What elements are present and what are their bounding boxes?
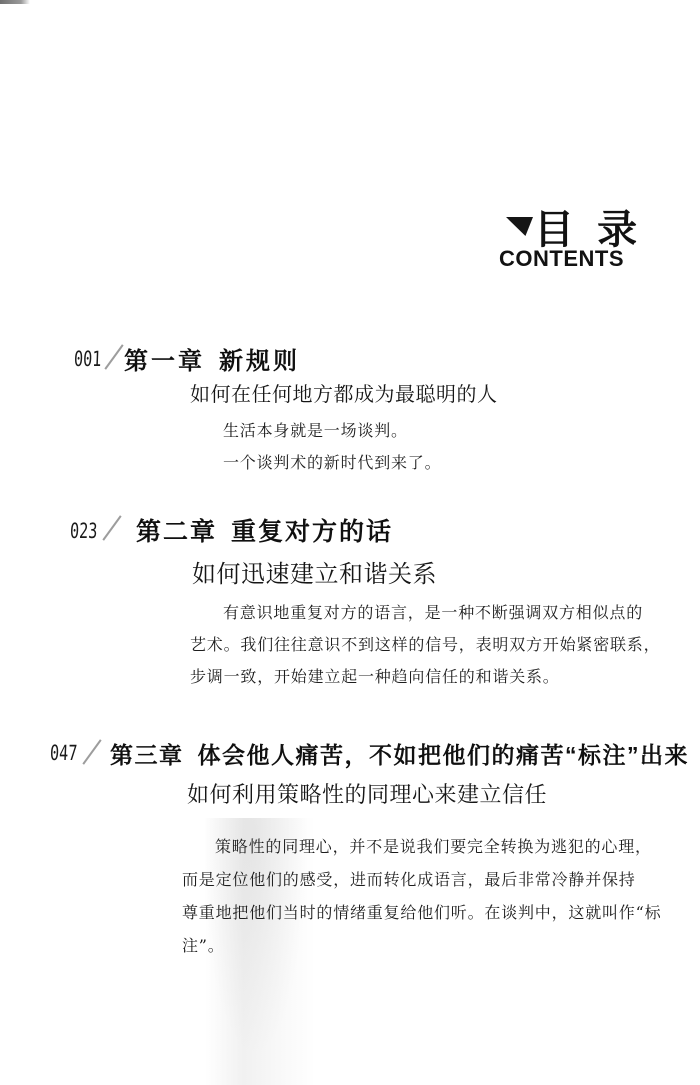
quote-line: 策略性的同理心，并不是说我们要完全转换为逃犯的心理， — [182, 830, 661, 863]
chapter-subtitle: 如何迅速建立和谐关系 — [192, 554, 437, 589]
chapter-title: 第三章体会他人痛苦，不如把他们的痛苦“标注”出来 — [110, 737, 689, 770]
quote-line: 步调一致，开始建立起一种趋向信任的和谐关系。 — [190, 661, 660, 693]
chapter-subtitle: 如何在任何地方都成为最聪明的人 — [190, 378, 498, 407]
chapter-subtitle: 如何利用策略性的同理心来建立信任 — [187, 778, 547, 809]
chapter-title-text: 新规则 — [219, 348, 300, 375]
quote-line: 一个谈判术的新时代到来了。 — [190, 447, 441, 479]
chapter-quote: 生活本身就是一场谈判。 一个谈判术的新时代到来了。 — [190, 415, 441, 479]
chapter-page-number: 047 — [50, 741, 78, 765]
separator-slash — [102, 515, 121, 540]
scan-artifact-top — [0, 0, 30, 4]
chapter-page-number: 023 — [70, 519, 98, 543]
chapter-title: 第二章重复对方的话 — [136, 512, 393, 548]
page-subtitle: CONTENTS — [499, 246, 624, 272]
quote-flag-icon — [506, 217, 533, 236]
toc-page: 目 录 CONTENTS 001 第一章新规则 如何在任何地方都成为最聪明的人 … — [0, 0, 700, 1085]
quote-line: 艺术。我们往往意识不到这样的信号，表明双方开始紧密联系， — [190, 629, 660, 661]
quote-line: 注”。 — [182, 929, 661, 962]
chapter-title-text: 体会他人痛苦，不如把他们的痛苦“标注”出来 — [198, 742, 690, 768]
chapter-title-text: 重复对方的话 — [231, 518, 393, 546]
chapter-label: 第三章 — [110, 742, 184, 768]
chapter-quote: 有意识地重复对方的语言，是一种不断强调双方相似点的 艺术。我们往往意识不到这样的… — [190, 597, 660, 693]
separator-slash — [82, 739, 101, 764]
quote-line: 有意识地重复对方的语言，是一种不断强调双方相似点的 — [190, 597, 660, 629]
quote-line: 尊重地把他们当时的情绪重复给他们听。在谈判中，这就叫作“标 — [182, 896, 661, 929]
separator-slash — [104, 344, 123, 369]
chapter-label: 第一章 — [124, 348, 205, 375]
chapter-page-number: 001 — [74, 347, 102, 371]
quote-line: 而是定位他们的感受，进而转化成语言，最后非常冷静并保持 — [182, 863, 661, 896]
quote-line: 生活本身就是一场谈判。 — [190, 415, 441, 447]
chapter-label: 第二章 — [136, 518, 217, 546]
chapter-title: 第一章新规则 — [124, 341, 300, 376]
chapter-quote: 策略性的同理心，并不是说我们要完全转换为逃犯的心理， 而是定位他们的感受，进而转… — [182, 830, 661, 962]
